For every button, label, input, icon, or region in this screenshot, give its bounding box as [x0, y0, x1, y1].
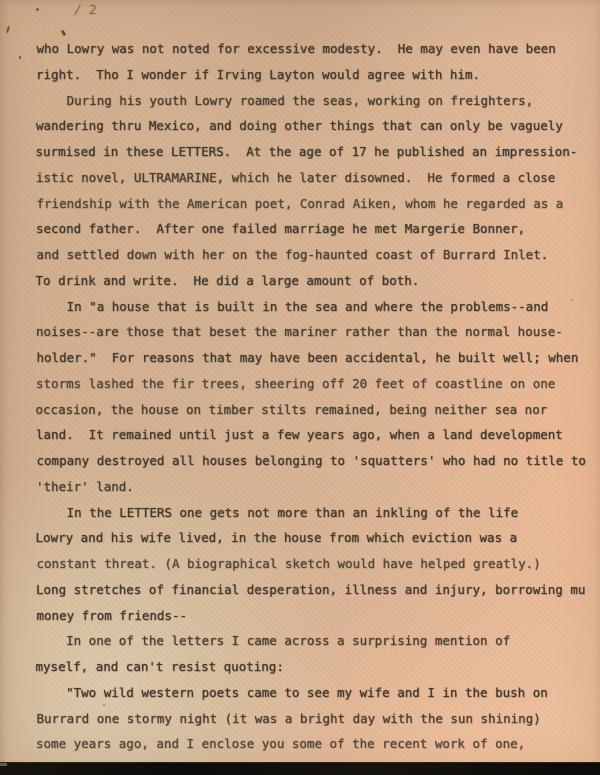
text-line: In the LETTERS one gets not more than an…	[37, 500, 600, 526]
scan-edge-bar	[0, 762, 600, 775]
text-line: "Two wild western poets came to see my w…	[36, 680, 600, 706]
text-line: some years ago, and I enclose you some o…	[36, 731, 600, 757]
text-line: noises--are those that beset the mariner…	[36, 319, 600, 345]
scanned-typewriter-page: / 2 who Lowry was not noted for excessiv…	[0, 0, 600, 775]
typewritten-body: who Lowry was not noted for excessive mo…	[36, 36, 600, 757]
text-line: friendship with the American poet, Conra…	[37, 191, 600, 217]
text-line: Lowry and his wife lived, in the house f…	[36, 525, 600, 551]
page-number: / 2	[73, 2, 97, 17]
text-line: 'their' land.	[36, 474, 600, 500]
text-line: istic novel, ULTRAMARINE, which he later…	[36, 165, 600, 191]
text-line: myself, and can't resist quoting:	[36, 654, 600, 680]
text-line: To drink and write. He did a large amoun…	[36, 268, 600, 294]
ink-speck	[19, 56, 21, 59]
ink-speck	[6, 26, 10, 33]
text-line: surmised in these LETTERS. At the age of…	[36, 139, 600, 165]
text-line: Long stretches of financial desperation,…	[36, 577, 600, 603]
text-line: During his youth Lowry roamed the seas, …	[37, 88, 600, 114]
text-line: In one of the letters I came across a su…	[36, 628, 600, 654]
text-line: money from friends--	[37, 603, 600, 629]
text-line: and settled down with her on the fog-hau…	[37, 242, 600, 268]
text-line: land. It remained until just a few years…	[36, 422, 600, 448]
text-line: storms lashed the fir trees, sheering of…	[36, 371, 600, 397]
text-line: constant threat. (A biographical sketch …	[37, 551, 600, 577]
text-line: second father. After one failed marriage…	[36, 216, 600, 242]
text-line: who Lowry was not noted for excessive mo…	[37, 36, 600, 62]
text-line: company destroyed all houses belonging t…	[37, 448, 600, 474]
ink-speck	[36, 8, 39, 11]
text-line: Burrard one stormy night (it was a brigh…	[37, 706, 600, 732]
text-line: right. Tho I wonder if Irving Layton wou…	[36, 62, 600, 88]
text-line: wandering thru Mexico, and doing other t…	[36, 113, 600, 139]
text-line: occasion, the house on timber stilts rem…	[36, 397, 600, 423]
text-line: holder." For reasons that may have been …	[37, 345, 600, 371]
text-line: In "a house that is built in the sea and…	[37, 294, 600, 320]
scan-edge-notch	[0, 763, 7, 766]
